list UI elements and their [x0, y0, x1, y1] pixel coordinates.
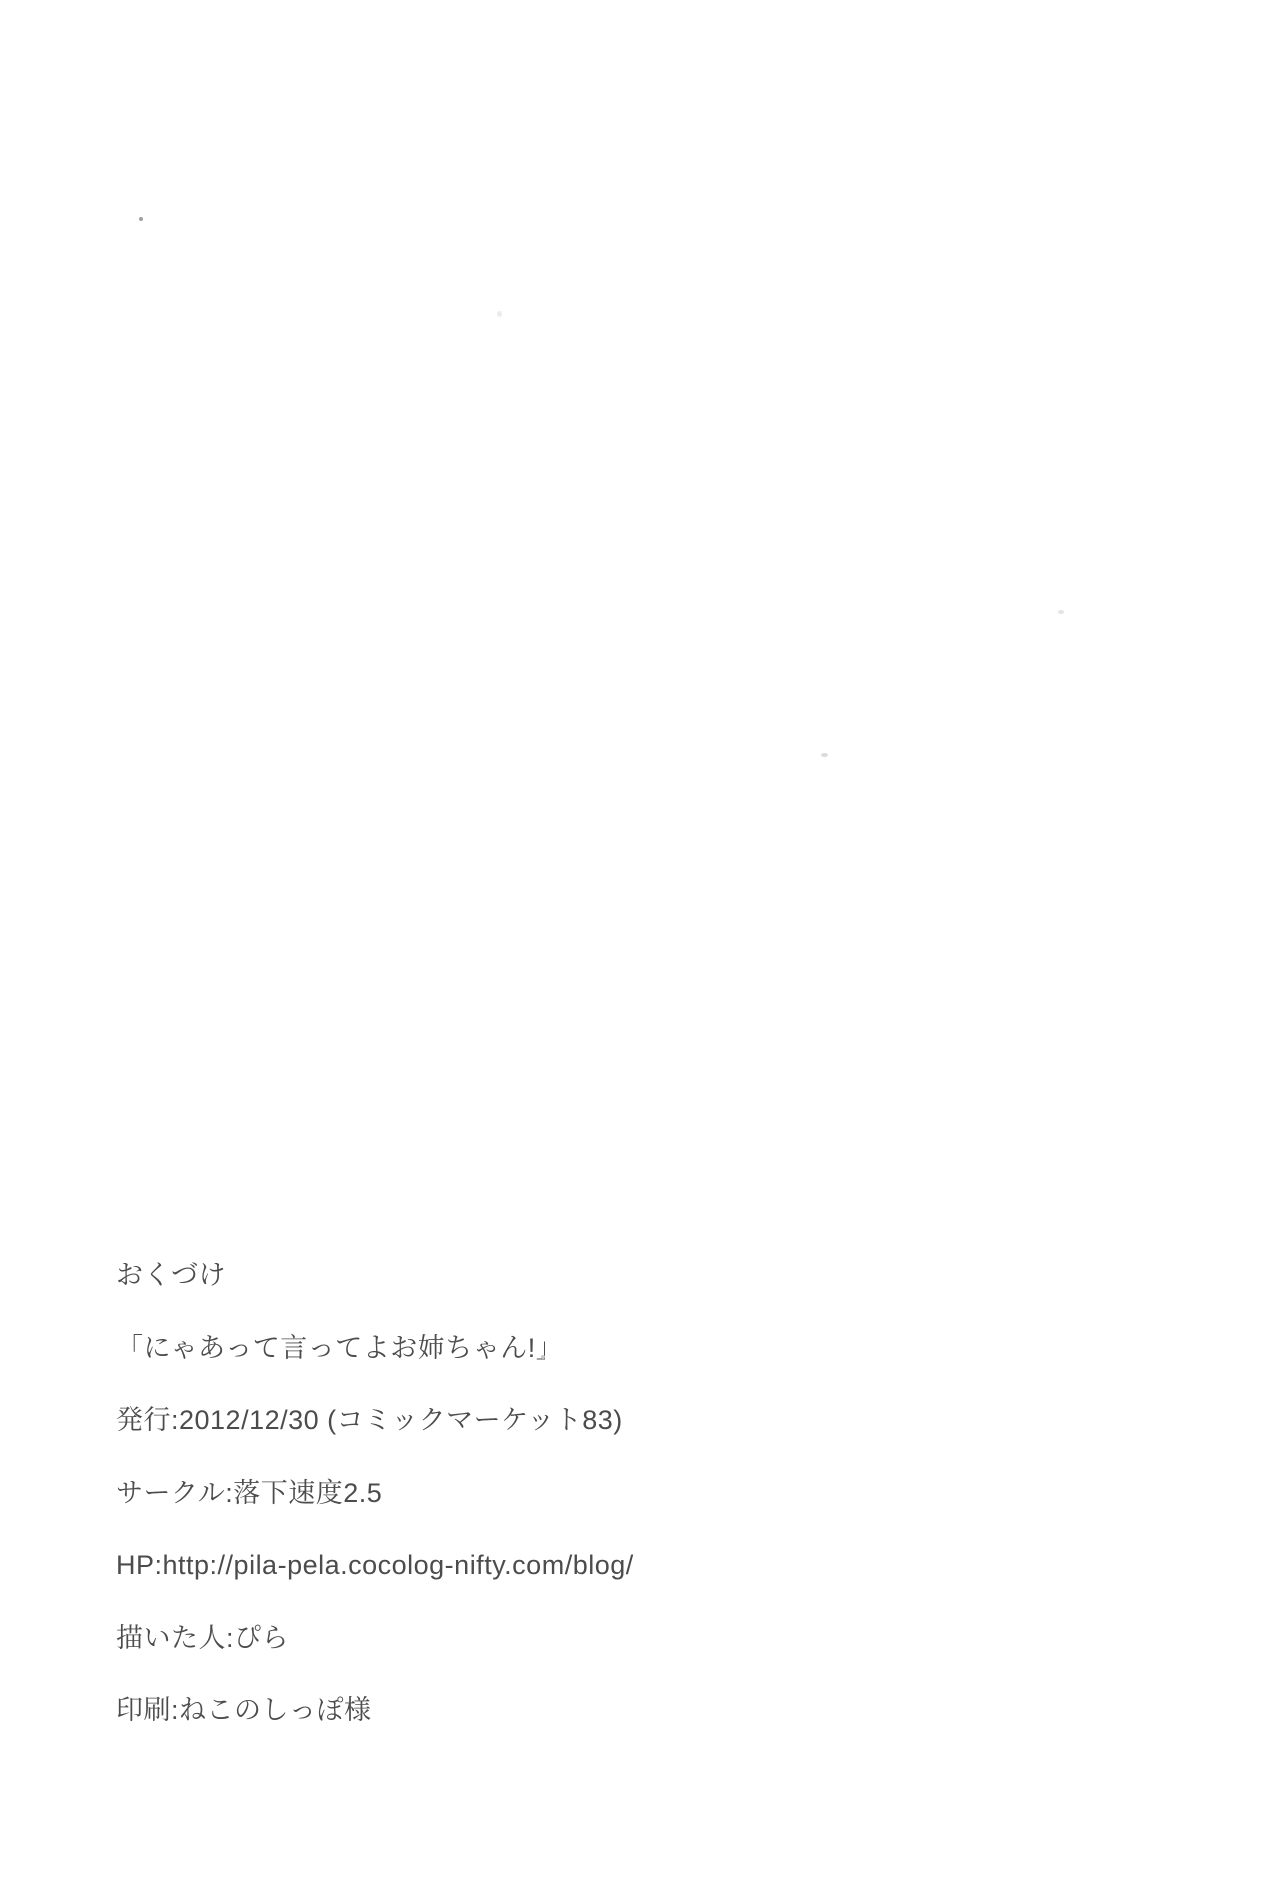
dust-speck — [139, 217, 143, 221]
dust-speck — [541, 1355, 545, 1359]
scanned-colophon-page: おくづけ 「にゃあって言ってよお姉ちゃん!」 発行:2012/12/30 (コミ… — [0, 0, 1280, 1890]
colophon-printer-name: 印刷:ねこのしっぽ様 — [116, 1693, 372, 1727]
colophon-publish-date: 発行:2012/12/30 (コミックマーケット83) — [116, 1403, 623, 1437]
dust-speck — [1058, 610, 1064, 614]
colophon-artist-name: 描いた人:ぴら — [116, 1621, 289, 1655]
colophon-circle-name: サークル:落下速度2.5 — [116, 1476, 382, 1510]
colophon-homepage-url: HP:http://pila-pela.cocolog-nifty.com/bl… — [116, 1548, 634, 1582]
colophon-heading: おくづけ — [116, 1258, 226, 1292]
colophon-book-title: 「にゃあって言ってよお姉ちゃん!」 — [116, 1331, 563, 1365]
dust-speck — [497, 311, 502, 317]
dust-speck — [821, 753, 828, 757]
